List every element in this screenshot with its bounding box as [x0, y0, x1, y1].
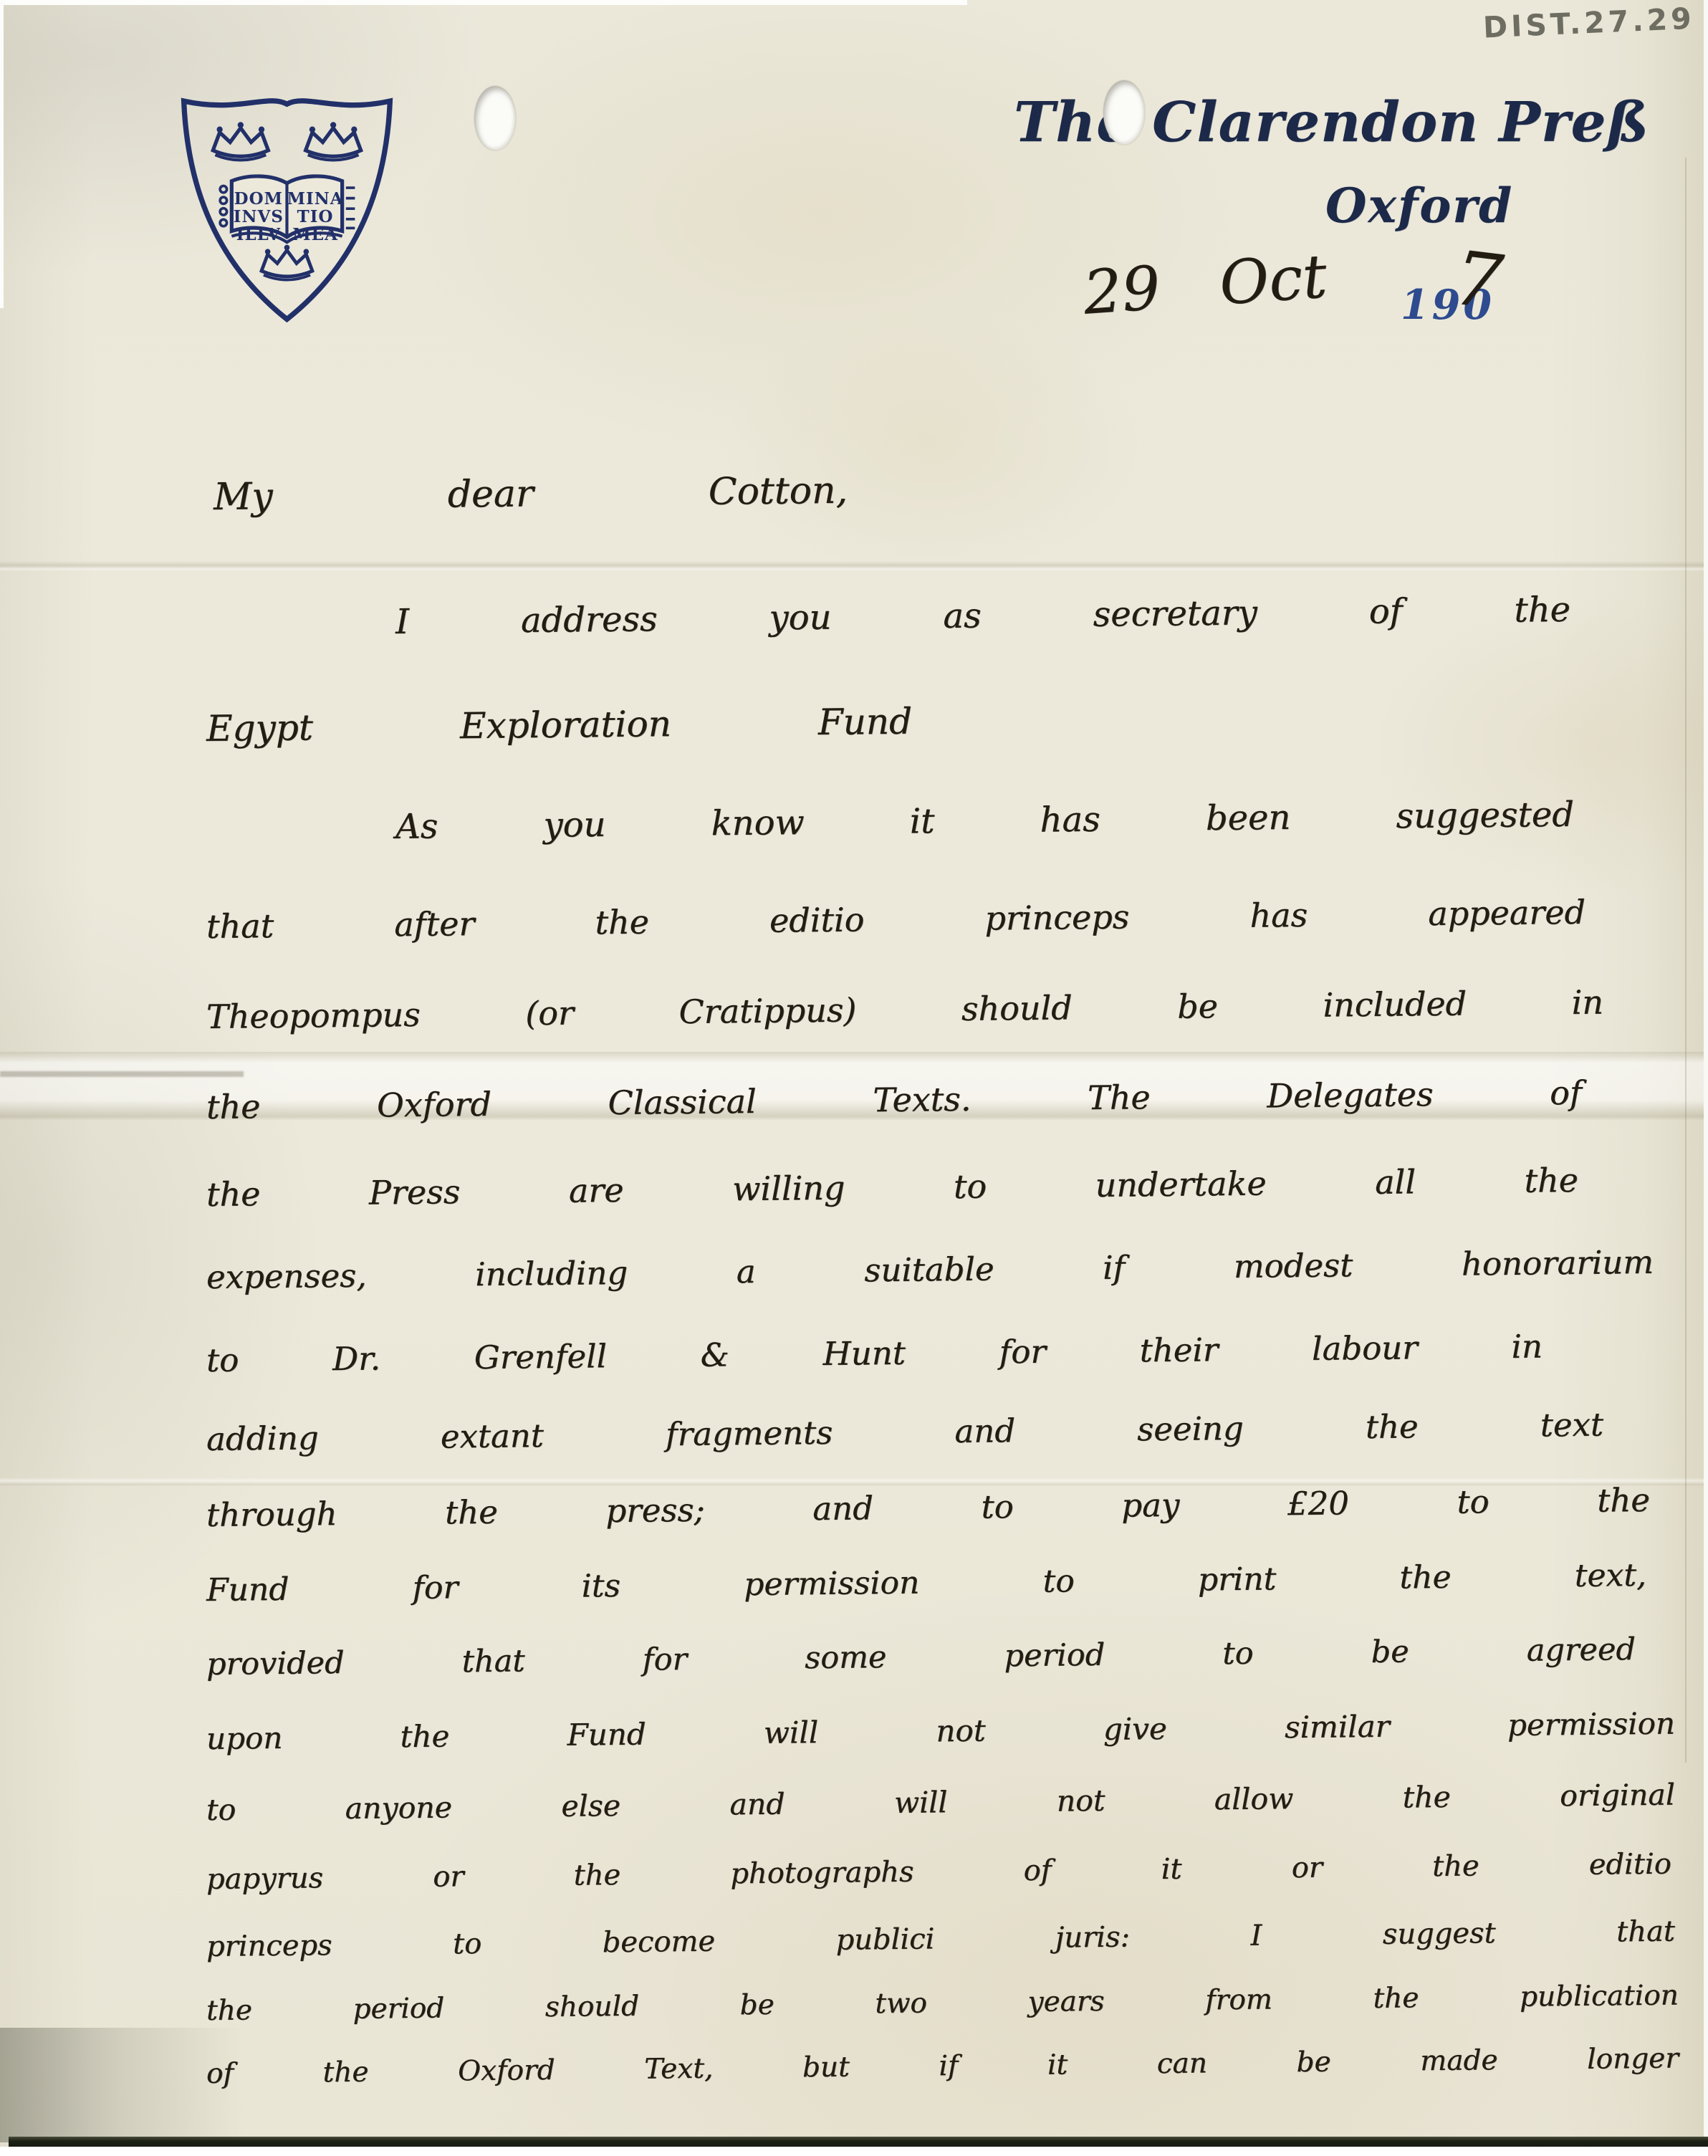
city-name: Oxford [1325, 178, 1513, 234]
fold-crease-shadow [0, 1071, 244, 1077]
handwritten-year-digit: 7 [1449, 234, 1507, 326]
svg-text:TIO: TIO [297, 207, 334, 226]
letter-line: addingextantfragmentsandseeingthetext [206, 1406, 1603, 1458]
letter-line: thataftertheeditioprincepshasappeared [206, 893, 1585, 946]
letter-line: toDr.Grenfell&Huntfortheirlabourin [206, 1327, 1543, 1379]
svg-text:MINA: MINA [287, 189, 344, 209]
letter-scan: DIST.27.29 DOM INVS ILLV [0, 0, 1708, 2156]
salutation: MydearCotton, [214, 469, 848, 519]
svg-text:MEA: MEA [292, 225, 338, 244]
letter-line: toanyoneelseandwillnotallowtheoriginal [206, 1778, 1675, 1827]
letter-line: upontheFundwillnotgivesimilarpermission [206, 1706, 1675, 1756]
oxford-crest: DOM INVS ILLV MINA TIO MEA [173, 85, 401, 325]
open-book: DOM INVS ILLV MINA TIO MEA [220, 176, 355, 244]
handwritten-date: 29Oct [1081, 241, 1329, 327]
letter-line: Theopompus(orCratippus)shouldbeincludedi… [206, 983, 1603, 1036]
punch-hole [1103, 80, 1145, 145]
punch-hole [474, 86, 516, 150]
letter-line: Iaddressyouassecretaryofthe [395, 590, 1570, 642]
letter-line: Fundforitspermissiontoprintthetext, [206, 1557, 1646, 1609]
letter-line: expenses,includingasuitableifmodesthonor… [206, 1243, 1654, 1296]
letter-line: oftheOxfordText,butifitcanbemadelonger [206, 2042, 1679, 2090]
scan-edge [0, 0, 967, 5]
page-edge-line [1685, 158, 1687, 1763]
scan-edge [0, 0, 4, 308]
letter-line: papyrusorthephotographsofitortheeditio [206, 1848, 1671, 1896]
letter-line: princepstobecomepublicijuris:Isuggesttha… [206, 1915, 1675, 1963]
letter-line: providedthatforsomeperiodtobeagreed [206, 1632, 1636, 1682]
archive-reference: DIST.27.29 [1482, 1, 1696, 45]
letter-line: throughthepress;andtopay£20tothe [206, 1481, 1650, 1534]
letter-line: EgyptExplorationFund [206, 701, 913, 749]
svg-text:ILLV: ILLV [236, 225, 281, 244]
letter-line: thePressarewillingtoundertakeallthe [206, 1161, 1578, 1214]
fold-crease [0, 561, 1708, 571]
svg-text:INVS: INVS [234, 207, 284, 226]
svg-text:DOM: DOM [234, 189, 283, 209]
letter-line: theperiodshouldbetwoyearsfromthepublicat… [206, 1979, 1679, 2027]
scan-edge [1704, 0, 1708, 2156]
paper-bottom-edge [9, 2137, 1708, 2147]
scan-edge [0, 2147, 1708, 2156]
letter-line: Asyouknowithasbeensuggested [395, 795, 1574, 847]
